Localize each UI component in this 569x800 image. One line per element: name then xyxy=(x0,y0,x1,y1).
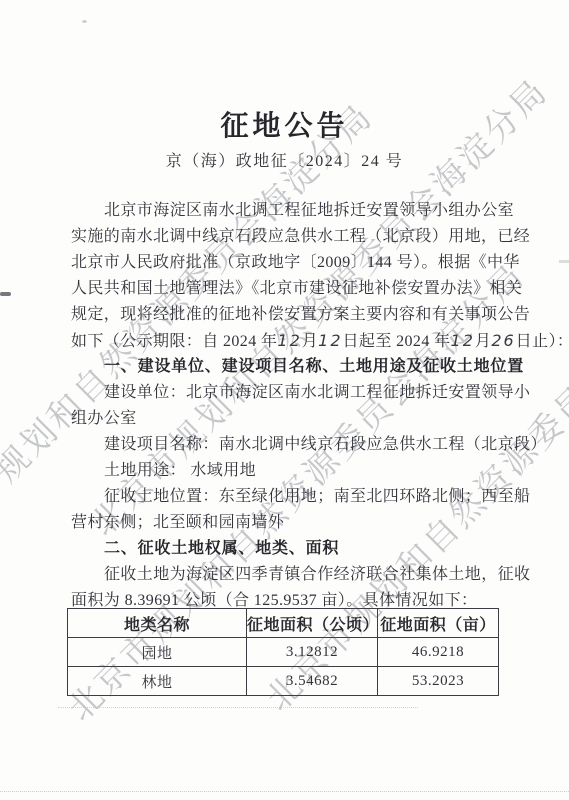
header-area-mu: 征地面积（亩） xyxy=(378,609,499,638)
cell-land-type: 园地 xyxy=(68,638,247,667)
cell-area-mu: 53.2023 xyxy=(378,667,499,696)
body-line: 人民共和国土地管理法》《北京市建设征地补偿安置办法》相关 xyxy=(71,276,503,302)
table-row: 园地 3.12812 46.9218 xyxy=(68,638,499,667)
header-area-hectares: 征地面积（公顷） xyxy=(247,609,378,638)
scan-artifact-dotted-line xyxy=(58,707,418,708)
doc-title: 征地公告 xyxy=(0,104,569,144)
cell-land-type: 林地 xyxy=(68,667,247,696)
handwritten-month: 12 xyxy=(451,331,475,350)
body-line: 北京市海淀区南水北调工程征地拆迁安置领导小组办公室 xyxy=(71,198,503,224)
scan-artifact-right-edge xyxy=(559,260,569,263)
body-line: 营村东侧；北至颐和园南墙外 xyxy=(71,510,503,536)
printed-text: 月 xyxy=(475,333,491,350)
doc-body: 北京市海淀区南水北调工程征地拆迁安置领导小组办公室 实施的南水北调中线京石段应急… xyxy=(71,198,503,614)
body-line-with-handwritten-dates: 如下（公示期限：自 2024 年12月12日起至 2024 年12月26日止）： xyxy=(71,328,503,354)
table-header-row: 地类名称 征地面积（公顷） 征地面积（亩） xyxy=(68,609,499,638)
body-line: 征收土地为海淀区四季青镇合作经济联合社集体土地，征收 xyxy=(71,562,503,588)
body-line: 组办公室 xyxy=(71,406,503,432)
header-land-type: 地类名称 xyxy=(68,609,247,638)
printed-text: 如下（公示期限：自 2024 年 xyxy=(71,333,277,350)
body-line: 征收土地位置：东至绿化用地；南至北四环路北侧；西至船 xyxy=(71,484,503,510)
body-line: 建设单位：北京市海淀区南水北调工程征地拆迁安置领导小 xyxy=(71,380,503,406)
body-line: 建设项目名称：南水北调中线京石段应急供水工程（北京段） xyxy=(71,432,503,458)
scan-artifact-dash xyxy=(0,292,11,296)
body-line: 北京市人民政府批准（京政地字〔2009〕144 号）。根据《中华 xyxy=(71,250,503,276)
body-line: 实施的南水北调中线京石段应急供水工程（北京段）用地，已经 xyxy=(71,224,503,250)
printed-text: 日起至 2024 年 xyxy=(343,333,451,350)
scan-artifact-speck xyxy=(82,20,87,23)
printed-text: 月 xyxy=(302,333,318,350)
land-area-table: 地类名称 征地面积（公顷） 征地面积（亩） 园地 3.12812 46.9218… xyxy=(67,608,499,696)
section-heading-1: 一、建设单位、建设项目名称、土地用途及征收土地位置 xyxy=(71,354,503,380)
section-heading-2: 二、征收土地权属、地类、面积 xyxy=(71,536,503,562)
printed-text: 日止）： xyxy=(516,333,569,350)
cell-area-hectares: 3.12812 xyxy=(247,638,378,667)
table-row: 林地 3.54682 53.2023 xyxy=(68,667,499,696)
body-line: 规定，现将经批准的征地补偿安置方案主要内容和有关事项公告 xyxy=(71,302,503,328)
doc-number: 京（海）政地征〔2024〕24 号 xyxy=(0,148,569,171)
scan-artifact-bottom-edge xyxy=(0,791,569,792)
handwritten-day: 26 xyxy=(491,331,515,350)
cell-area-mu: 46.9218 xyxy=(378,638,499,667)
handwritten-month: 12 xyxy=(277,331,301,350)
handwritten-day: 12 xyxy=(318,331,342,350)
cell-area-hectares: 3.54682 xyxy=(247,667,378,696)
body-line: 土地用途： 水域用地 xyxy=(71,458,503,484)
scanned-document-page: 北京市规划和自然资源委员会海淀分局 北京市规划和自然资源委员会海淀分局 北京市规… xyxy=(0,0,569,800)
